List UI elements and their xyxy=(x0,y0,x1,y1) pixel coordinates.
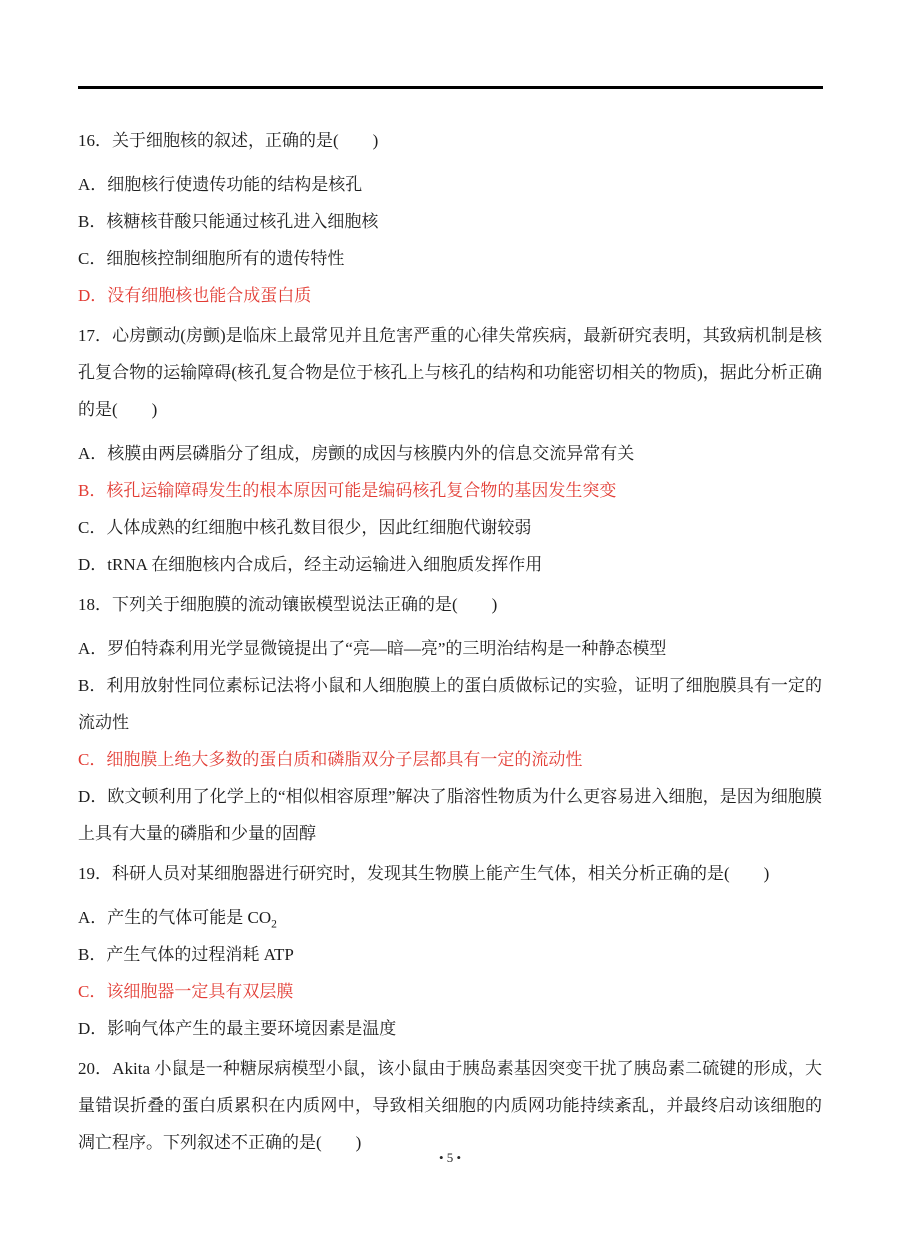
question-stem: 19．科研人员对某细胞器进行研究时，发现其生物膜上能产生气体，相关分析正确的是(… xyxy=(78,855,822,892)
option-line-highlighted: B．核孔运输障碍发生的根本原因可能是编码核孔复合物的基因发生突变 xyxy=(78,472,822,509)
option-line: B．核糖核苷酸只能通过核孔进入细胞核 xyxy=(78,203,822,240)
option-line: C．细胞核控制细胞所有的遗传特性 xyxy=(78,240,822,277)
option-line: D．影响气体产生的最主要环境因素是温度 xyxy=(78,1010,822,1047)
question-16: 16．关于细胞核的叙述，正确的是( ) A．细胞核行使遗传功能的结构是核孔 B．… xyxy=(78,122,822,314)
question-17: 17．心房颤动(房颤)是临床上最常见并且危害严重的心律失常疾病，最新研究表明，其… xyxy=(78,317,822,583)
option-line: B．产生气体的过程消耗 ATP xyxy=(78,936,822,973)
question-stem: 20．Akita 小鼠是一种糖尿病模型小鼠，该小鼠由于胰岛素基因突变干扰了胰岛素… xyxy=(78,1050,822,1161)
question-18: 18．下列关于细胞膜的流动镶嵌模型说法正确的是( ) A．罗伯特森利用光学显微镜… xyxy=(78,586,822,852)
option-line: D．tRNA 在细胞核内合成后，经主动运输进入细胞质发挥作用 xyxy=(78,546,822,583)
header-rule-divider xyxy=(78,86,823,89)
exam-page: 16．关于细胞核的叙述，正确的是( ) A．细胞核行使遗传功能的结构是核孔 B．… xyxy=(0,0,900,1246)
option-line: C．人体成熟的红细胞中核孔数目很少，因此红细胞代谢较弱 xyxy=(78,509,822,546)
subscript: 2 xyxy=(271,917,277,930)
question-20: 20．Akita 小鼠是一种糖尿病模型小鼠，该小鼠由于胰岛素基因突变干扰了胰岛素… xyxy=(78,1050,822,1161)
question-stem: 17．心房颤动(房颤)是临床上最常见并且危害严重的心律失常疾病，最新研究表明，其… xyxy=(78,317,822,428)
option-line: D．欧文顿利用了化学上的“相似相容原理”解决了脂溶性物质为什么更容易进入细胞，是… xyxy=(78,778,822,852)
option-line: A．产生的气体可能是 CO2 xyxy=(78,899,822,936)
option-line: A．罗伯特森利用光学显微镜提出了“亮—暗—亮”的三明治结构是一种静态模型 xyxy=(78,630,822,667)
question-stem: 16．关于细胞核的叙述，正确的是( ) xyxy=(78,122,822,159)
option-line-highlighted: C．细胞膜上绝大多数的蛋白质和磷脂双分子层都具有一定的流动性 xyxy=(78,741,822,778)
page-number: • 5 • xyxy=(0,1150,900,1166)
option-text: A．产生的气体可能是 CO xyxy=(78,908,271,927)
question-stem: 18．下列关于细胞膜的流动镶嵌模型说法正确的是( ) xyxy=(78,586,822,623)
option-line: A．细胞核行使遗传功能的结构是核孔 xyxy=(78,166,822,203)
question-19: 19．科研人员对某细胞器进行研究时，发现其生物膜上能产生气体，相关分析正确的是(… xyxy=(78,855,822,1047)
option-line-highlighted: C．该细胞器一定具有双层膜 xyxy=(78,973,822,1010)
option-line-highlighted: D．没有细胞核也能合成蛋白质 xyxy=(78,277,822,314)
exam-body: 16．关于细胞核的叙述，正确的是( ) A．细胞核行使遗传功能的结构是核孔 B．… xyxy=(78,122,822,1168)
option-line: A．核膜由两层磷脂分了组成，房颤的成因与核膜内外的信息交流异常有关 xyxy=(78,435,822,472)
option-line: B．利用放射性同位素标记法将小鼠和人细胞膜上的蛋白质做标记的实验，证明了细胞膜具… xyxy=(78,667,822,741)
